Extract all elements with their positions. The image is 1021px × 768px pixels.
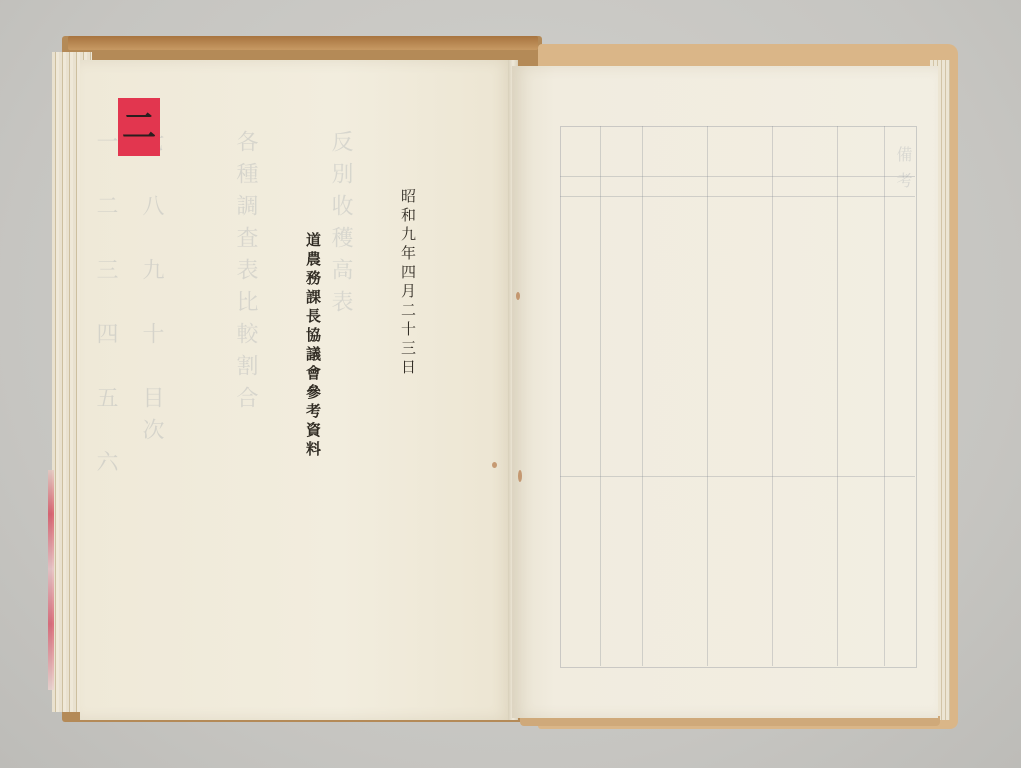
table-rule — [560, 196, 915, 197]
bleed-through-text: 各種調査表比較割合 — [230, 130, 261, 580]
tab-label: 二 — [122, 110, 156, 144]
left-cover-top-edge — [68, 36, 538, 50]
table-rule — [707, 126, 708, 666]
bleed-through-table — [560, 126, 917, 668]
date-line: 昭和九年四月二十三日 — [398, 188, 419, 378]
table-rule — [600, 126, 601, 666]
table-rule — [837, 126, 838, 666]
table-rule — [560, 176, 915, 177]
red-index-tab: 二 — [118, 98, 160, 156]
document-title: 道農務課長協議會參考資料 — [303, 232, 324, 460]
bleed-through-text: 反別收穫高表 — [325, 130, 356, 580]
table-rule — [772, 126, 773, 666]
bleed-through-text: 備考 — [892, 146, 915, 506]
red-page-edge-marking — [48, 470, 54, 690]
table-rule — [560, 476, 915, 477]
bleed-through-text: 一 二 三 四 五 六 — [90, 130, 121, 550]
table-rule — [884, 126, 885, 666]
foxing-stain — [518, 470, 522, 482]
foxing-stain — [516, 292, 520, 300]
foxing-stain — [492, 462, 497, 468]
table-rule — [642, 126, 643, 666]
open-booklet: 一 二 三 四 五 六 七 八 九 十 目次 各種調査表比較割合 反別收穫高表 … — [0, 0, 1021, 768]
left-page: 一 二 三 四 五 六 七 八 九 十 目次 各種調査表比較割合 反別收穫高表 — [80, 60, 513, 720]
bleed-through-text: 七 八 九 十 目次 — [136, 130, 167, 550]
right-page: 備考 — [512, 66, 938, 718]
